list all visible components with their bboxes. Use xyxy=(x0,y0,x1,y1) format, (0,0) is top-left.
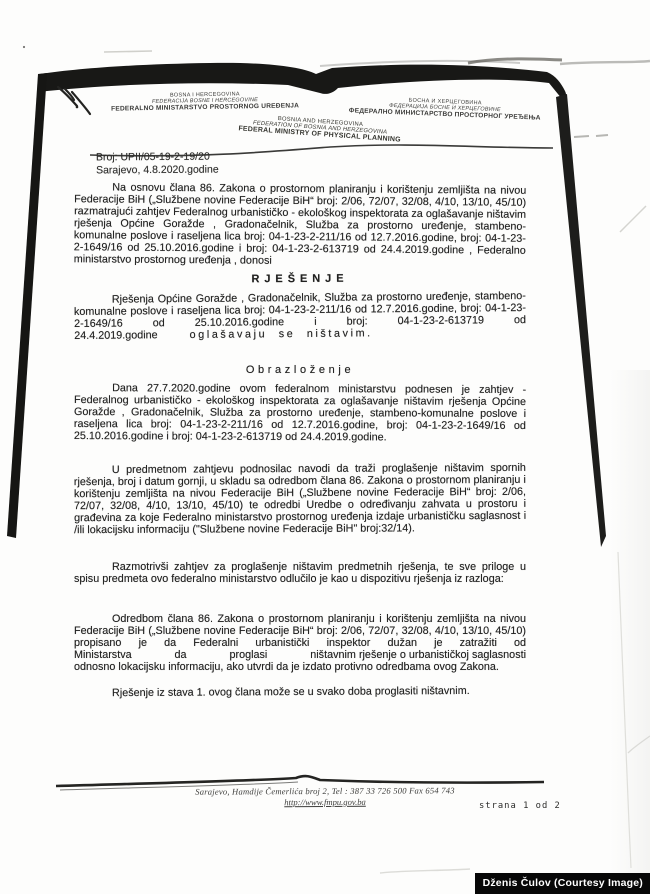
reference-block: Broj: UPII/05-19-2-19/20 Sarajevo, 4.8.2… xyxy=(96,151,219,178)
paragraph-request: Dana 27.7.2020.godine ovom federalnom mi… xyxy=(74,382,526,444)
paragraph-subject: U predmetnom zahtjevu podnosilac navodi … xyxy=(74,462,526,536)
scan-edge-right xyxy=(556,94,606,547)
paragraph-provision: Odredbom člana 86. Zakona o prostornom p… xyxy=(74,613,526,673)
reference-number: Broj: UPII/05-19-2-19/20 xyxy=(96,151,219,165)
letterhead-cyrillic: БОСНА И ХЕРЦЕГОВИНА ФЕДЕРАЦИЈА БОСНЕ И Х… xyxy=(320,94,571,123)
paragraph-final: Rješenje iz stava 1. ovog člana može se … xyxy=(74,685,526,700)
paragraph-decision: Rješenja Općine Goražde , Gradonačelnik,… xyxy=(74,290,526,342)
scan-edge-left xyxy=(7,73,47,538)
letterhead-latin: BOSNA I HERCEGOVINA FEDERACIJA BOSNE I H… xyxy=(100,90,310,113)
pen-scribble xyxy=(58,87,90,114)
place-and-date: Sarajevo, 4.8.2020.godine xyxy=(96,164,219,178)
page-indicator: strana 1 od 2 xyxy=(479,801,561,811)
decision-verdict: oglašavaju se ništavim. xyxy=(190,327,373,341)
document-body: Na osnovu člana 86. Zakona o prostornom … xyxy=(74,183,526,698)
page-edge-shadow xyxy=(610,370,650,894)
paragraph-considered: Razmotrivši zahtjev za proglašenje ništa… xyxy=(74,561,526,585)
paragraph-legal-basis: Na osnovu člana 86. Zakona o prostornom … xyxy=(74,181,527,269)
rationale-heading: Obrazloženje xyxy=(74,364,526,376)
photo-credit-badge: Dženis Čulov (Courtesy Image) xyxy=(475,873,650,894)
scanned-document-page: BOSNA I HERCEGOVINA FEDERACIJA BOSNE I H… xyxy=(0,0,650,894)
decision-heading: RJEŠENJE xyxy=(74,272,526,286)
